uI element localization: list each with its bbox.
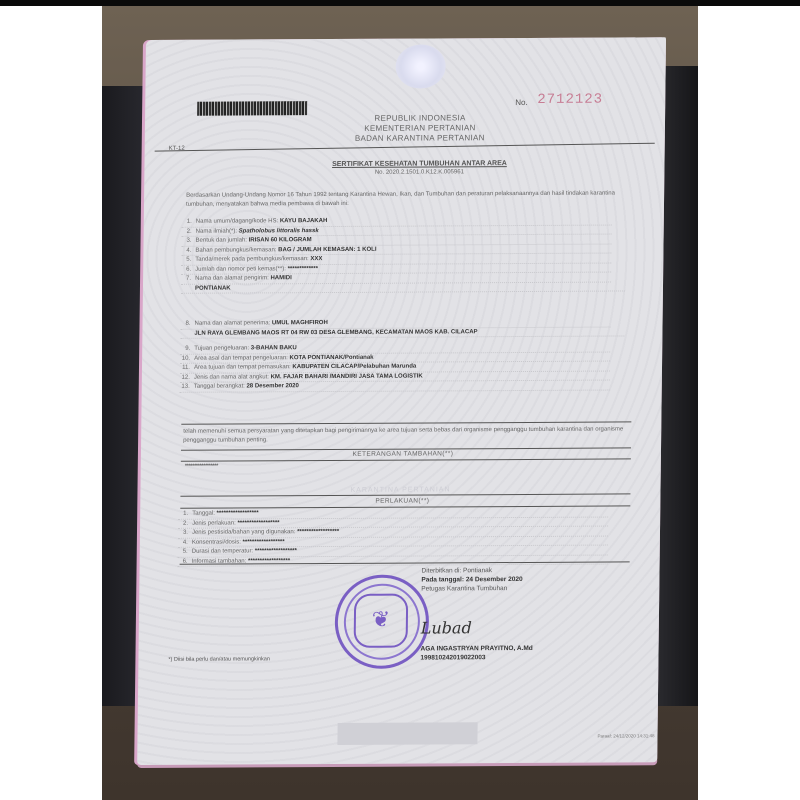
issued-on: Pada tanggal: 24 Desember 2020 [421, 575, 522, 585]
barcode [197, 101, 307, 116]
item-label: Tanggal berangkat: [194, 383, 245, 389]
item-value: Spatholobus littoralis hassk [239, 228, 319, 234]
treatment-title: PERLAKUAN(**) [182, 496, 622, 505]
form-reference: Paraaf: 24/12/2020 14:31:48 [597, 733, 654, 738]
item-value: KM. FAJAR BAHARI /MANDIRI JASA TAMA LOGI… [271, 373, 423, 380]
item-label: Jenis dan nama alat angkut: [194, 374, 269, 380]
item-label: Bahan pembungkus/kemasan: [195, 247, 276, 253]
item-label: Tanggal: [192, 511, 215, 517]
footnote: *) Diisi bila perlu dan/atau memungkinka… [168, 656, 270, 663]
item-label: Konsentrasi/dosis: [192, 539, 241, 545]
item-label: Durasi dan temperatur: [192, 548, 253, 554]
item-value: ************* [288, 266, 318, 272]
item-number: 8. [180, 320, 190, 329]
divider [181, 458, 631, 461]
item-value: XXX [310, 256, 322, 262]
item-label: Area asal dan tempat pengeluaran: [194, 355, 288, 361]
form-code: KT-12 [169, 146, 185, 152]
item-label: Nama umum/dagang/kode HS: [196, 218, 278, 224]
list-item: 13.Tanggal berangkat: 28 Desember 2020 [180, 381, 610, 393]
item-label: Jumlah dan nomor peti kemas(**): [195, 266, 286, 272]
certificate-title: SERTIFIKAT KESEHATAN TUMBUHAN ANTAR AREA [254, 160, 584, 169]
additional-info-value: ****************** [185, 464, 218, 470]
item-number: 10. [180, 354, 190, 363]
item-value: KOTA PONTIANAK/Pontianak [289, 354, 373, 360]
intro-paragraph: Berdasarkan Undang-Undang Nomor 16 Tahun… [186, 189, 626, 209]
item-value-line-2: JLN RAYA GLEMBANG MAOS RT 04 RW 03 DESA … [194, 329, 477, 336]
item-value: ****************** [255, 548, 297, 554]
item-number: 3. [181, 237, 191, 246]
item-value: UMUL MAGHFIROH [272, 320, 328, 326]
item-label: Tanda/merek pada pembungkus/kemasan: [195, 256, 308, 263]
officer-block: AGA INGASTRYAN PRAYITNO, A.Md 1998102420… [420, 644, 532, 663]
serial-number: 2712123 [537, 92, 603, 108]
item-number: 11. [180, 364, 190, 373]
item-number: 4. [181, 246, 191, 255]
commodity-details-list: 1.Nama umum/dagang/kode HS: KAYU BAJAKAH… [181, 215, 626, 301]
shipment-details-list: 8.Nama dan alamat penerima: UMUL MAGHFIR… [180, 317, 625, 392]
header-line-3: BADAN KARANTINA PERTANIAN [295, 133, 545, 144]
item-value-line-2: PONTIANAK [195, 285, 231, 291]
item-number: 7. [181, 275, 191, 284]
item-number: 12. [180, 373, 190, 382]
treatment-list: 1.Tanggal: ******************2.Jenis per… [178, 508, 609, 567]
item-value: KABUPATEN CILACAP/Pelabuhan Marunda [292, 364, 416, 371]
redacted-area [337, 722, 477, 745]
serial-label: No. [515, 98, 528, 107]
item-label: Jenis perlakuan: [192, 520, 236, 526]
certificate-number: No. 2020.2.1501.0.K12.K.005961 [254, 169, 584, 177]
issuance-block: Diterbitkan di: Pontianak Pada tanggal: … [421, 566, 523, 594]
watermark: KARANTINA PERTANIAN [350, 486, 450, 494]
item-label: Bentuk dan jumlah: [196, 237, 247, 243]
item-number: 4. [178, 538, 188, 547]
item-label: Area tujuan dan tempat pemasukan: [194, 364, 291, 371]
header-divider [155, 143, 655, 152]
additional-info-title: KETERANGAN TAMBAHAN(**) [183, 449, 623, 458]
item-number: 1. [178, 510, 188, 519]
item-number: 9. [180, 345, 190, 354]
item-label: Jenis pestisida/bahan yang digunakan: [192, 529, 296, 536]
official-stamp: ❦ [334, 574, 429, 668]
item-number: 1. [182, 218, 192, 227]
item-value: HAMIDI [270, 275, 291, 281]
item-value: ****************** [237, 520, 279, 526]
item-value: 28 Desember 2020 [246, 383, 298, 389]
item-number: 13. [180, 383, 190, 392]
item-label: Nama dan alamat pengirim: [195, 275, 269, 281]
item-label: Tujuan pengeluaran: [194, 345, 249, 351]
item-number: 2. [182, 227, 192, 236]
issuer-role: Petugas Karantina Tumbuhan [421, 584, 522, 594]
item-value: ****************** [217, 510, 259, 516]
item-value: ****************** [243, 539, 285, 545]
officer-nip: 199810242019022003 [420, 653, 532, 663]
document-photo: No. 2712123 REPUBLIK INDONESIA KEMENTERI… [102, 6, 698, 800]
issuer-header: REPUBLIK INDONESIA KEMENTERIAN PERTANIAN… [295, 113, 545, 144]
item-value: ****************** [297, 529, 339, 535]
leaf-emblem-icon: ❦ [354, 594, 409, 648]
item-number: 2. [178, 519, 188, 528]
item-value: BAG / JUMLAH KEMASAN: 1 KOLI [278, 246, 376, 253]
officer-name: AGA INGASTRYAN PRAYITNO, A.Md [421, 644, 533, 654]
item-number: 3. [178, 529, 188, 538]
hologram-emblem-icon [395, 44, 446, 88]
item-label: Nama ilmiah(*): [196, 228, 237, 234]
compliance-statement: telah memenuhi semua persyaratan yang di… [183, 425, 623, 445]
certificate-paper: No. 2712123 REPUBLIK INDONESIA KEMENTERI… [137, 37, 666, 765]
item-value: 3-BAHAN BAKU [251, 345, 297, 351]
item-label: Nama dan alamat penerima: [194, 320, 270, 326]
item-value: KAYU BAJAKAH [280, 218, 328, 224]
signature: Lubad [421, 618, 472, 637]
item-number: 5. [178, 548, 188, 557]
divider [181, 421, 631, 424]
item-number: 5. [181, 256, 191, 265]
item-value: IRISAN 60 KILOGRAM [249, 237, 312, 243]
item-number: 6. [181, 265, 191, 274]
